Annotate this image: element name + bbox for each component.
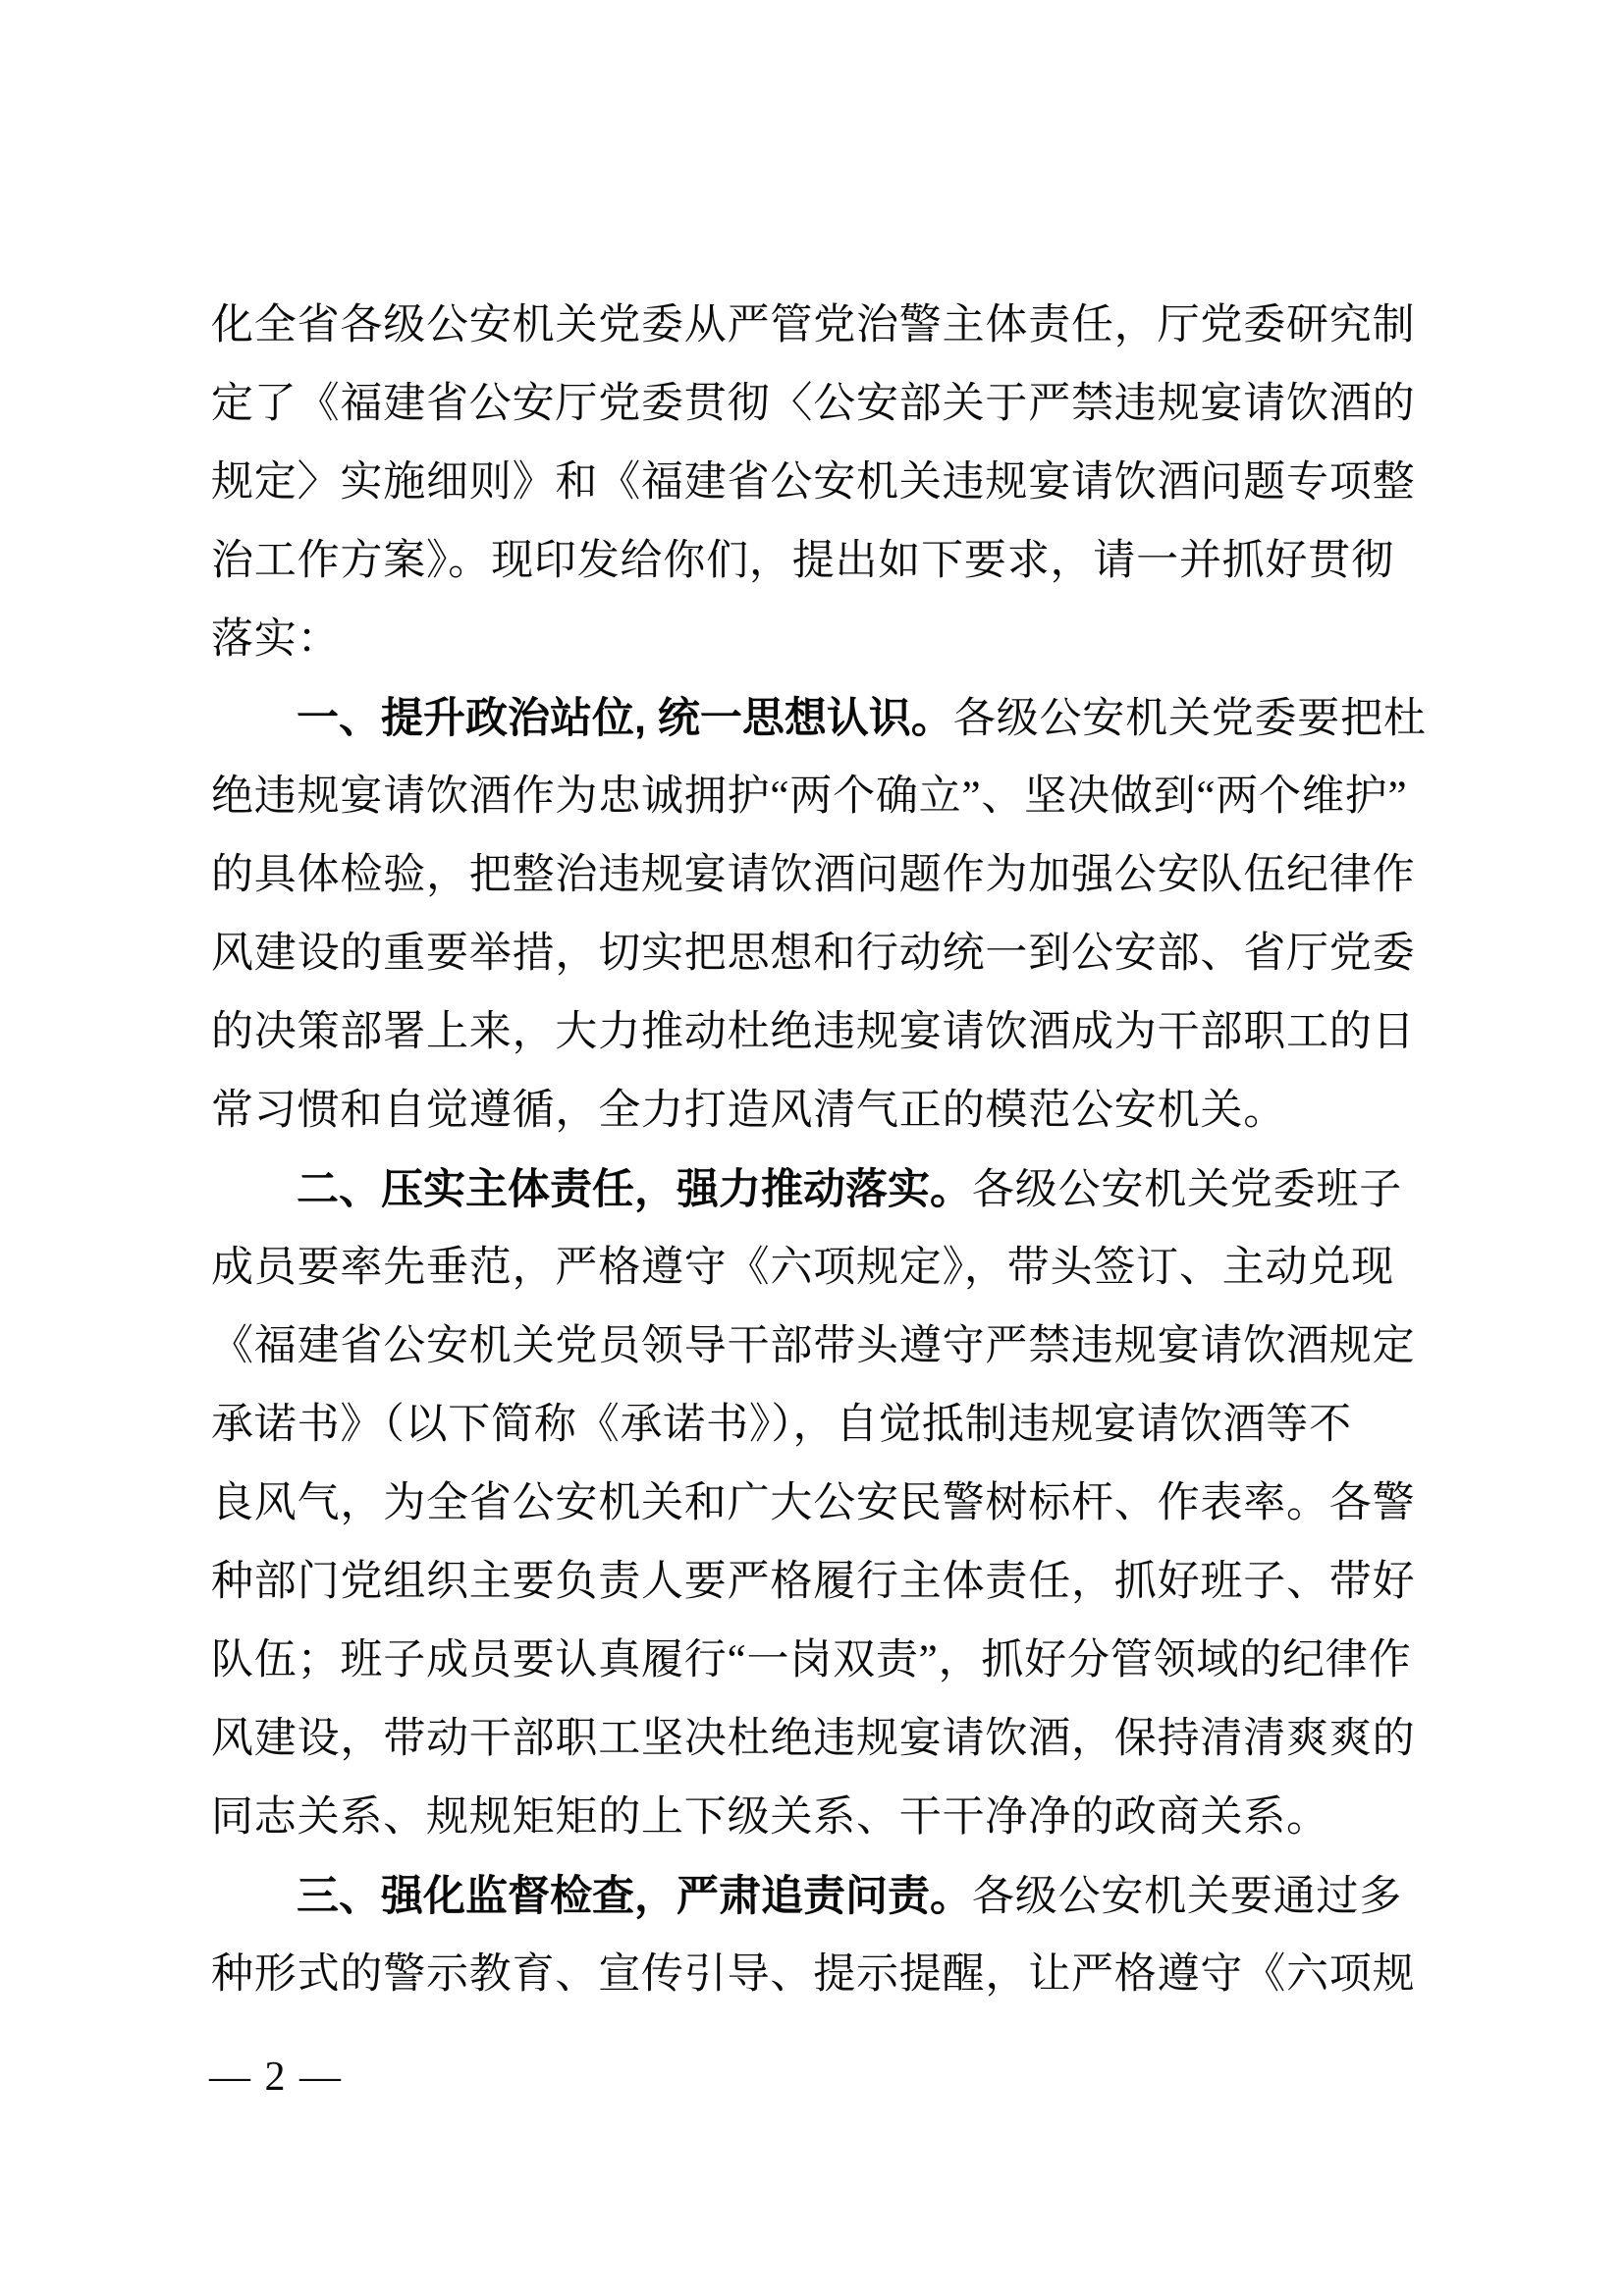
body-text: 风建设的重要举措，切实把思想和行动统一到公安部、省厅党委: [211, 931, 1415, 977]
body-text: 定了《福建省公安厅党委贯彻〈公安部关于严禁违规宴请饮酒的: [211, 381, 1415, 427]
body-text: 常习惯和自觉遵循，全力打造风清气正的模范公安机关。: [211, 1088, 1286, 1134]
body-text: 队伍；班子成员要认真履行“一岗双责”，抓好分管领域的纪律作: [211, 1637, 1411, 1683]
body-text: 同志关系、规规矩矩的上下级关系、干干净净的政商关系。: [211, 1794, 1329, 1841]
text-line: 三、强化监督检查，严肃追责问责。各级公安机关要通过多: [211, 1857, 1429, 1936]
text-line: 同志关系、规规矩矩的上下级关系、干干净净的政商关系。: [211, 1779, 1429, 1857]
body-text: 成员要率先垂范，严格遵守《六项规定》，带头签订、主动兑现: [211, 1245, 1394, 1291]
text-line: 良风气，为全省公安机关和广大公安民警树标杆、作表率。各警: [211, 1465, 1429, 1543]
body-text: 承诺书》（以下简称《承诺书》），自觉抵制违规宴请饮酒等不: [211, 1402, 1352, 1448]
document-body: 化全省各级公安机关党委从严管党治警主体责任，厅党委研究制 定了《福建省公安厅党委…: [211, 287, 1429, 2014]
page-number: — 2 —: [209, 2038, 343, 2116]
text-line: 成员要率先垂范，严格遵守《六项规定》，带头签订、主动兑现: [211, 1229, 1429, 1308]
body-text: 风建设，带动干部职工坚决杜绝违规宴请饮酒，保持清清爽爽的: [211, 1716, 1415, 1762]
text-line: 定了《福建省公安厅党委贯彻〈公安部关于严禁违规宴请饮酒的: [211, 365, 1429, 444]
text-line: 风建设的重要举措，切实把思想和行动统一到公安部、省厅党委: [211, 915, 1429, 993]
body-text: 的决策部署上来，大力推动杜绝违规宴请饮酒成为干部职工的日: [211, 1009, 1415, 1055]
body-text: 种部门党组织主要负责人要严格履行主体责任，抓好班子、带好: [211, 1559, 1415, 1605]
body-text: 种形式的警示教育、宣传引导、提示提醒，让严格遵守《六项规: [211, 1951, 1415, 1998]
text-line: 二、压实主体责任，强力推动落实。各级公安机关党委班子: [211, 1150, 1429, 1229]
body-text: 治工作方案》。现印发给你们，提出如下要求，请一并抓好贯彻: [211, 538, 1394, 584]
body-text: 各级公安机关党委班子: [972, 1167, 1402, 1213]
text-line: 种部门党组织主要负责人要严格履行主体责任，抓好班子、带好: [211, 1543, 1429, 1622]
text-line: 种形式的警示教育、宣传引导、提示提醒，让严格遵守《六项规: [211, 1936, 1429, 2014]
text-line: 常习惯和自觉遵循，全力打造风清气正的模范公安机关。: [211, 1072, 1429, 1150]
text-line: 一、提升政治站位, 统一思想认识。各级公安机关党委要把杜: [211, 679, 1429, 758]
text-line: 《福建省公安机关党员领导干部带头遵守严禁违规宴请饮酒规定: [211, 1308, 1429, 1386]
body-text: 落实：: [211, 616, 340, 663]
text-line: 的决策部署上来，大力推动杜绝违规宴请饮酒成为干部职工的日: [211, 993, 1429, 1072]
body-text: 规定〉实施细则》和《福建省公安机关违规宴请饮酒问题专项整: [211, 459, 1415, 506]
text-line: 承诺书》（以下简称《承诺书》），自觉抵制违规宴请饮酒等不: [211, 1386, 1429, 1465]
body-text: 的具体检验，把整治违规宴请饮酒问题作为加强公安队伍纪律作: [211, 852, 1415, 898]
body-text: 《福建省公安机关党员领导干部带头遵守严禁违规宴请饮酒规定: [211, 1323, 1415, 1369]
section-heading-3: 三、强化监督检查，严肃追责问责。: [297, 1873, 972, 1920]
text-line: 落实：: [211, 601, 1429, 679]
text-line: 的具体检验，把整治违规宴请饮酒问题作为加强公安队伍纪律作: [211, 836, 1429, 915]
section-heading-1: 一、提升政治站位, 统一思想认识。: [297, 695, 953, 742]
body-text: 各级公安机关要通过多: [972, 1874, 1402, 1920]
text-line: 治工作方案》。现印发给你们，提出如下要求，请一并抓好贯彻: [211, 522, 1429, 601]
body-text: 良风气，为全省公安机关和广大公安民警树标杆、作表率。各警: [211, 1480, 1415, 1526]
body-text: 绝违规宴请饮酒作为忠诚拥护“两个确立”、坚决做到“两个维护”: [211, 774, 1407, 820]
section-heading-2: 二、压实主体责任，强力推动落实。: [297, 1166, 972, 1213]
text-line: 化全省各级公安机关党委从严管党治警主体责任，厅党委研究制: [211, 287, 1429, 365]
body-text: 化全省各级公安机关党委从严管党治警主体责任，厅党委研究制: [211, 302, 1415, 348]
body-text: 各级公安机关党委要把杜: [953, 696, 1427, 742]
text-line: 队伍；班子成员要认真履行“一岗双责”，抓好分管领域的纪律作: [211, 1622, 1429, 1700]
text-line: 绝违规宴请饮酒作为忠诚拥护“两个确立”、坚决做到“两个维护”: [211, 758, 1429, 836]
text-line: 规定〉实施细则》和《福建省公安机关违规宴请饮酒问题专项整: [211, 444, 1429, 522]
text-line: 风建设，带动干部职工坚决杜绝违规宴请饮酒，保持清清爽爽的: [211, 1700, 1429, 1779]
document-page: 化全省各级公安机关党委从严管党治警主体责任，厅党委研究制 定了《福建省公安厅党委…: [0, 0, 1624, 2296]
